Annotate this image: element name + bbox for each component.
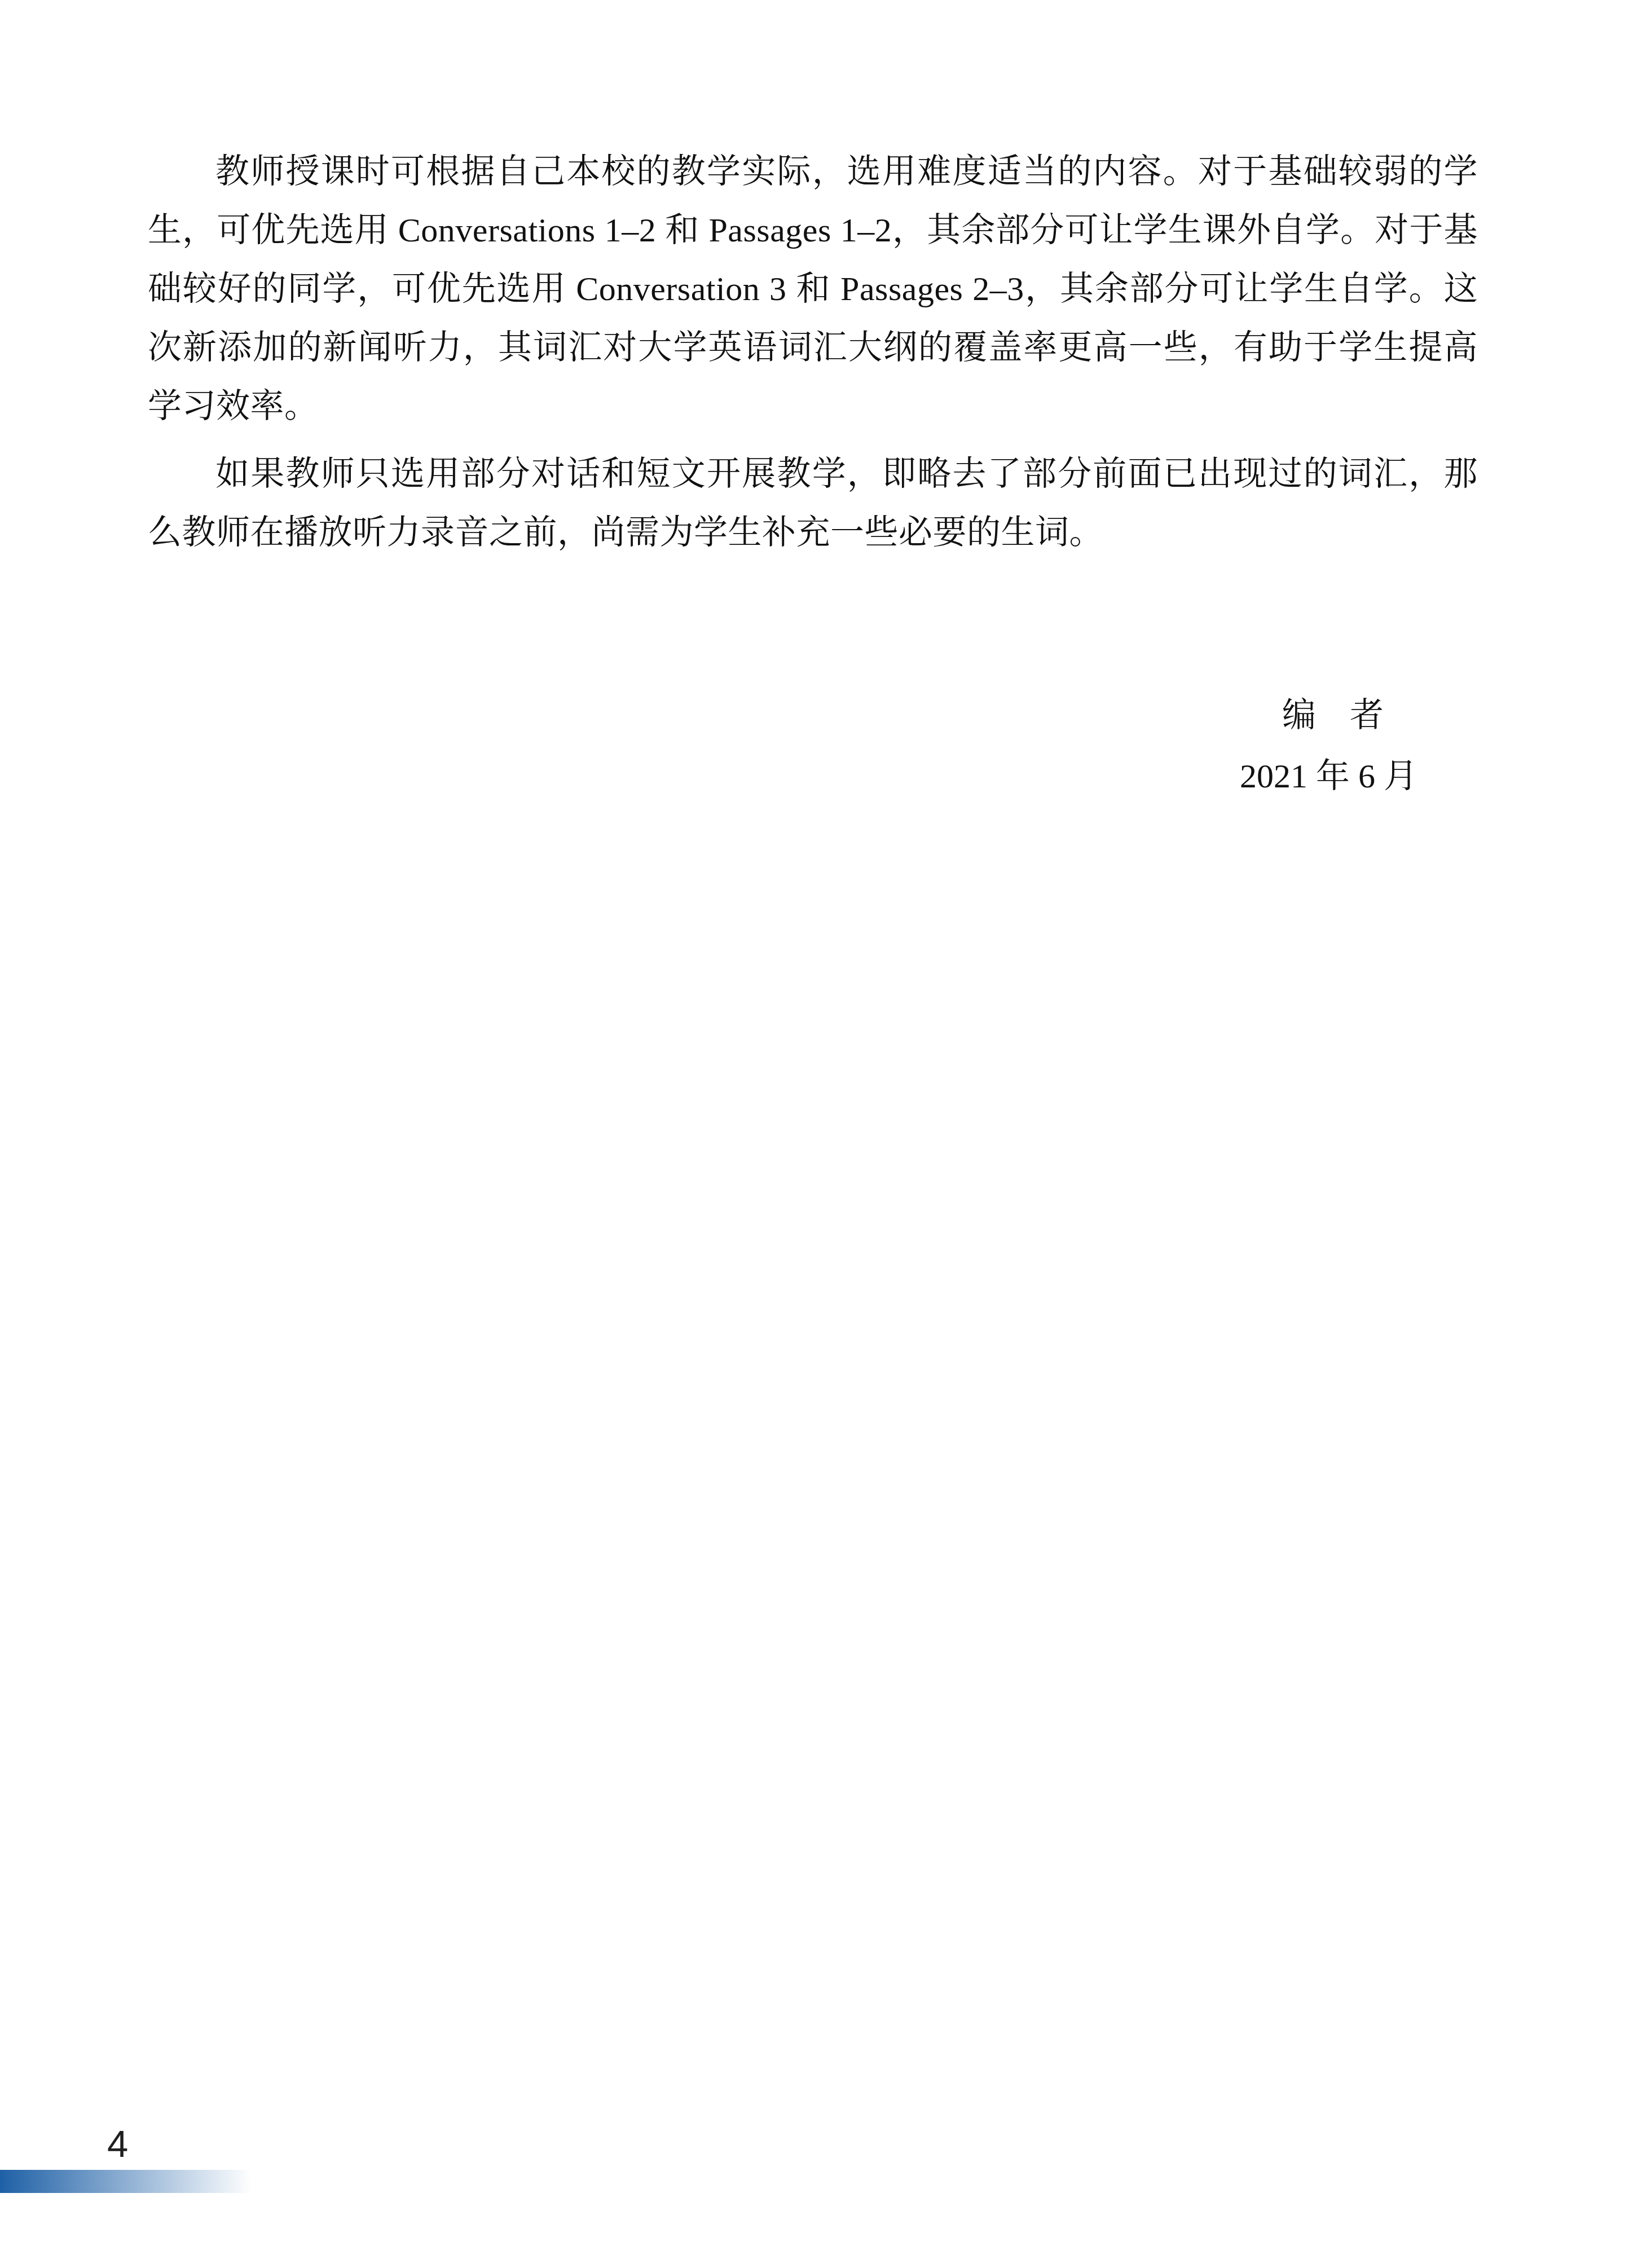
- footer-gradient-bar: [0, 2170, 406, 2193]
- paragraph-teaching-advice: 教师授课时可根据自己本校的教学实际，选用难度适当的内容。对于基础较弱的学生，可优…: [148, 142, 1478, 435]
- page-number: 4: [107, 2125, 128, 2163]
- document-page: 教师授课时可根据自己本校的教学实际，选用难度适当的内容。对于基础较弱的学生，可优…: [0, 0, 1629, 2268]
- signature-date: 2021 年 6 月: [1240, 747, 1478, 805]
- paragraph-vocab-note: 如果教师只选用部分对话和短文开展教学，即略去了部分前面已出现过的词汇，那么教师在…: [148, 444, 1478, 562]
- preface-body: 教师授课时可根据自己本校的教学实际，选用难度适当的内容。对于基础较弱的学生，可优…: [148, 142, 1478, 805]
- signature-author: 编 者: [1282, 686, 1478, 745]
- signature-block: 编 者 2021 年 6 月: [148, 686, 1478, 805]
